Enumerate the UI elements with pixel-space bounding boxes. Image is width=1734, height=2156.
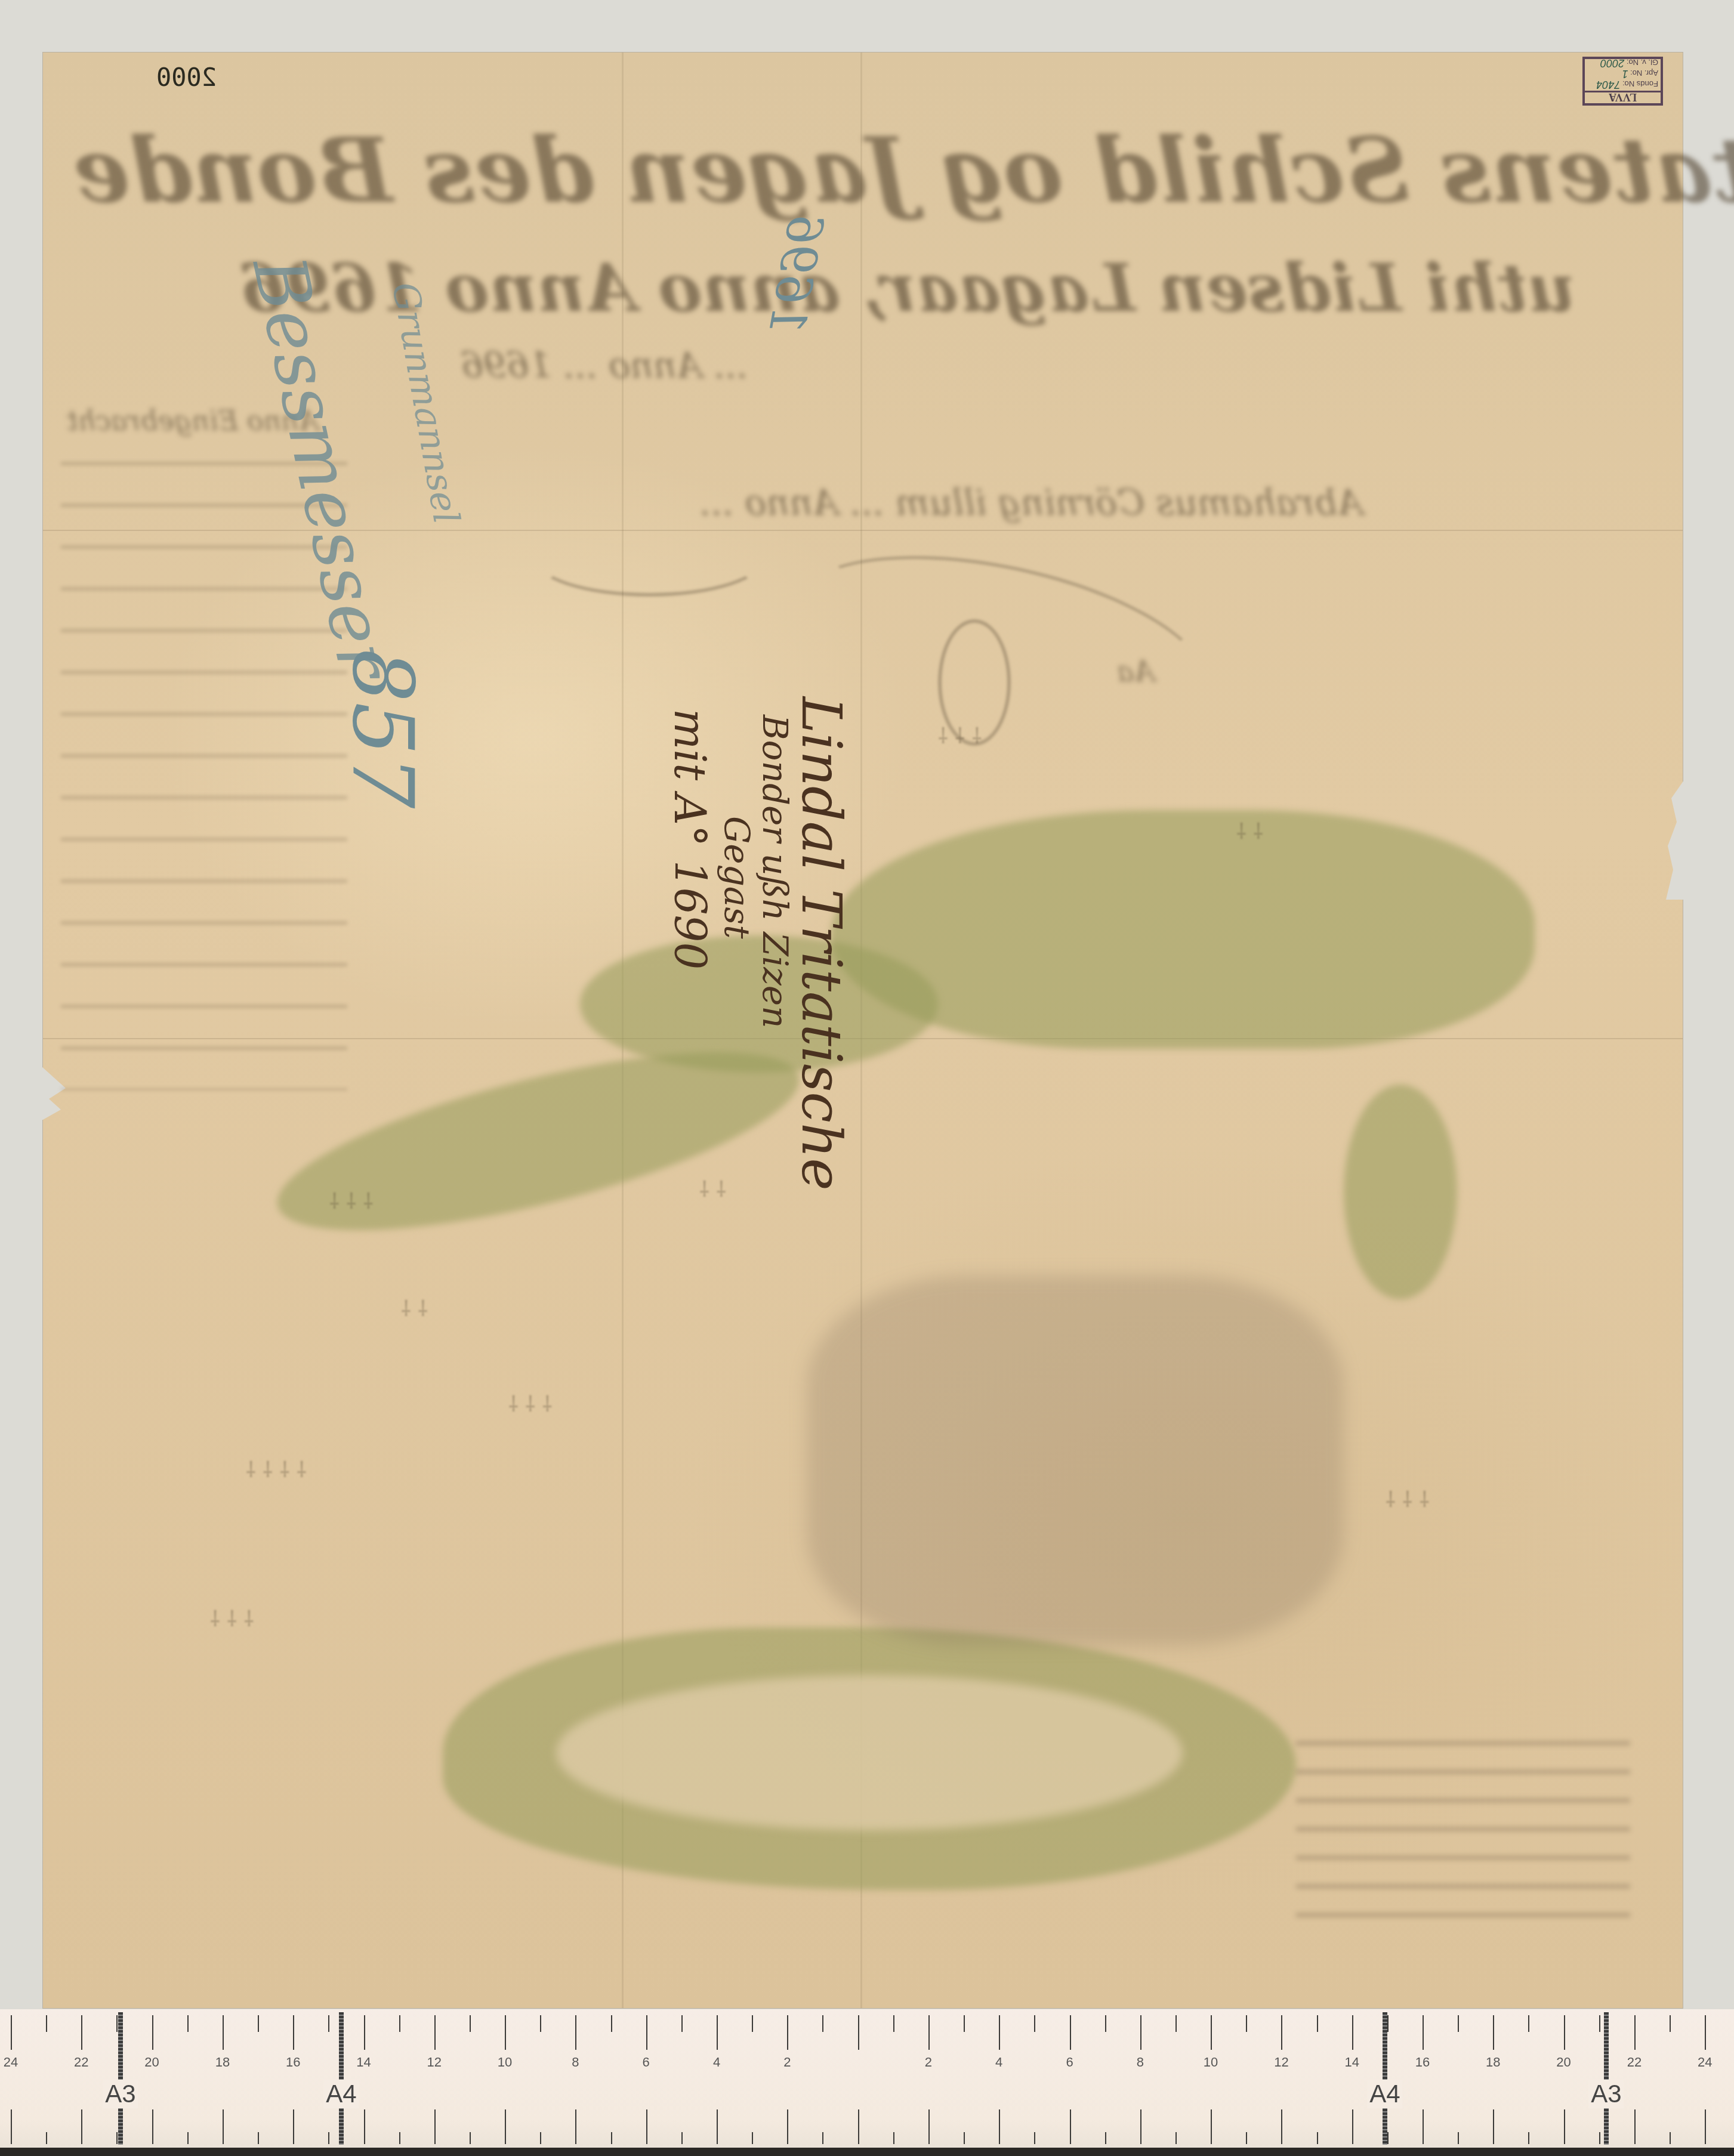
ruler-tick bbox=[999, 2015, 1000, 2050]
ruler-tick bbox=[787, 2109, 788, 2144]
ruler-tick-minor bbox=[893, 2015, 894, 2032]
format-mark-label: A3 bbox=[103, 2080, 138, 2108]
ruler-label: 24 bbox=[4, 2055, 18, 2070]
ruler-tick-minor bbox=[681, 2015, 683, 2032]
ruler-label: 18 bbox=[1486, 2055, 1500, 2070]
ruler-tick-minor bbox=[752, 2015, 753, 2032]
ruler-tick-minor bbox=[1599, 2015, 1600, 2032]
stamp-header: LVVA bbox=[1585, 91, 1661, 102]
ruler-tick bbox=[1634, 2015, 1636, 2050]
ruler-tick bbox=[11, 2109, 12, 2144]
ruler-tick bbox=[1705, 2109, 1706, 2144]
format-mark-bar bbox=[339, 2012, 344, 2145]
ruler-tick-minor bbox=[258, 2015, 259, 2032]
ruler-tick-minor bbox=[540, 2132, 541, 2144]
tree-symbol: ⸸ ⸸ ⸸ bbox=[210, 1604, 254, 1633]
lake-lower-island bbox=[556, 1675, 1183, 1830]
stamp-gl-value: 2000 bbox=[1600, 57, 1624, 69]
cultivated-fields bbox=[807, 1275, 1344, 1645]
ruler-tick bbox=[505, 2109, 506, 2144]
ruler-tick-minor bbox=[540, 2015, 541, 2032]
ruler-label: 4 bbox=[995, 2055, 1002, 2070]
bleed-title-line2: uthi Lidsen Lagaar, anno Anno 1696 bbox=[240, 249, 1575, 326]
ruler-tick-minor bbox=[1105, 2015, 1106, 2032]
ruler-tick bbox=[364, 2015, 365, 2050]
ruler-label: 10 bbox=[498, 2055, 512, 2070]
ruler-tick bbox=[1493, 2015, 1494, 2050]
ruler-tick bbox=[434, 2015, 436, 2050]
stamp-fonds-label: Fonds No: bbox=[1622, 79, 1658, 88]
ruler-tick bbox=[858, 2109, 859, 2144]
catalog-number: 2000 bbox=[156, 63, 217, 92]
format-mark-bar bbox=[1604, 2012, 1609, 2145]
ruler-tick bbox=[575, 2015, 576, 2050]
format-mark-bar bbox=[118, 2012, 123, 2145]
format-mark-bar bbox=[1383, 2012, 1387, 2145]
ruler-tick bbox=[152, 2109, 153, 2144]
tree-symbol: ⸸ ⸸ bbox=[401, 1293, 428, 1323]
ruler-tick bbox=[1705, 2015, 1706, 2050]
ruler-tick bbox=[11, 2015, 12, 2050]
ruler-tick-minor bbox=[1317, 2132, 1318, 2144]
river bbox=[532, 518, 766, 597]
ruler-label: 4 bbox=[713, 2055, 720, 2070]
torn-edge bbox=[1666, 780, 1684, 900]
ruler-tick bbox=[1070, 2015, 1071, 2050]
ruler-label: 6 bbox=[1066, 2055, 1073, 2070]
ruler-tick bbox=[223, 2109, 224, 2144]
scale-ruler: 2422201816141210864224681012141618202224… bbox=[0, 2009, 1734, 2156]
ruler-label: 14 bbox=[356, 2055, 371, 2070]
tree-symbol: ⸸ ⸸ ⸸ bbox=[1386, 1484, 1430, 1513]
ruler-tick bbox=[1423, 2015, 1424, 2050]
ruler-label: 24 bbox=[1698, 2055, 1712, 2070]
bleed-subtitle: ... Anno ... 1696 bbox=[461, 345, 748, 387]
ruler-tick bbox=[1352, 2015, 1353, 2050]
ruler-tick bbox=[434, 2109, 436, 2144]
inscription-line: mit A° 1690 bbox=[662, 709, 718, 1191]
stamp-apr-value: 1 bbox=[1622, 68, 1628, 80]
ruler-tick bbox=[1634, 2109, 1636, 2144]
ruler-tick-minor bbox=[470, 2015, 471, 2032]
ruler-tick-minor bbox=[258, 2132, 259, 2144]
ruler-tick bbox=[81, 2109, 82, 2144]
ruler-tick bbox=[1281, 2015, 1282, 2050]
ruler-tick-minor bbox=[822, 2132, 823, 2144]
ruler-label: 2 bbox=[783, 2055, 791, 2070]
ruler-tick-minor bbox=[681, 2132, 683, 2144]
ruler-label: 22 bbox=[1627, 2055, 1642, 2070]
map-cartouche-inscription: Lindal Tritatische Bonder ußh Zizen Gega… bbox=[662, 697, 849, 1191]
ruler-tick-minor bbox=[964, 2015, 965, 2032]
ruler-tick bbox=[646, 2109, 647, 2144]
ruler-tick bbox=[1564, 2015, 1565, 2050]
ruler-label: 20 bbox=[144, 2055, 159, 2070]
ruler-label: 12 bbox=[1274, 2055, 1288, 2070]
format-mark-label: A4 bbox=[1367, 2080, 1402, 2108]
ruler-tick-minor bbox=[1175, 2132, 1177, 2144]
ruler-tick-minor bbox=[752, 2132, 753, 2144]
ruler-tick-minor bbox=[893, 2132, 894, 2144]
stamp-apr-label: Apr. No: bbox=[1630, 69, 1658, 78]
ruler-tick bbox=[1423, 2109, 1424, 2144]
ruler-tick bbox=[293, 2015, 294, 2050]
ruler-tick-minor bbox=[328, 2015, 329, 2032]
ruler-tick bbox=[505, 2015, 506, 2050]
ruler-tick bbox=[1281, 2109, 1282, 2144]
ruler-tick-minor bbox=[328, 2132, 329, 2144]
ruler-tick-minor bbox=[399, 2015, 400, 2032]
ruler-label: 10 bbox=[1204, 2055, 1218, 2070]
ruler-label: 16 bbox=[1415, 2055, 1430, 2070]
ruler-tick-minor bbox=[1246, 2015, 1247, 2032]
ruler-tick-minor bbox=[1599, 2132, 1600, 2144]
inscription-line: Gegast bbox=[717, 816, 755, 1191]
river-label: Aa bbox=[1117, 655, 1155, 688]
ruler-tick-minor bbox=[1387, 2015, 1389, 2032]
ruler-tick bbox=[928, 2109, 930, 2144]
inscription-line: Bonder ußh Zizen bbox=[755, 715, 794, 1191]
ruler-tick-minor bbox=[964, 2132, 965, 2144]
ruler-tick-minor bbox=[1387, 2132, 1389, 2144]
ruler-tick bbox=[787, 2015, 788, 2050]
ruler-label: 12 bbox=[427, 2055, 442, 2070]
ruler-label: 8 bbox=[1137, 2055, 1144, 2070]
ruler-tick bbox=[858, 2015, 859, 2050]
ruler-tick-minor bbox=[46, 2132, 47, 2144]
ruler-tick-minor bbox=[611, 2015, 612, 2032]
ruler-label: 22 bbox=[74, 2055, 88, 2070]
ruler-tick bbox=[1070, 2109, 1071, 2144]
ruler-tick-minor bbox=[399, 2132, 400, 2144]
bleed-caption: Abrahamus Cörning illum ... Anno ... bbox=[699, 482, 1363, 524]
ruler-tick bbox=[928, 2015, 930, 2050]
ruler-tick-minor bbox=[1528, 2132, 1529, 2144]
format-mark-label: A3 bbox=[1588, 2080, 1624, 2108]
bleed-notes-lower-right bbox=[1296, 1723, 1630, 1920]
tree-symbol: ⸸ ⸸ ⸸ bbox=[508, 1389, 553, 1418]
ruler-tick bbox=[364, 2109, 365, 2144]
inscription-line: Lindal Tritatische bbox=[794, 697, 849, 1191]
ruler-tick bbox=[152, 2015, 153, 2050]
stamp-fonds-value: 7404 bbox=[1596, 79, 1620, 91]
ruler-tick-minor bbox=[1670, 2015, 1671, 2032]
ruler-label: 18 bbox=[215, 2055, 230, 2070]
ruler-tick bbox=[1211, 2109, 1212, 2144]
map-sheet: 2000 Tritatens Schild og Jagen des Bonde… bbox=[43, 52, 1683, 2008]
ruler-tick bbox=[1140, 2109, 1141, 2144]
ruler-tick bbox=[999, 2109, 1000, 2144]
ruler-tick bbox=[646, 2015, 647, 2050]
ruler-tick-minor bbox=[822, 2015, 823, 2032]
ruler-label: 8 bbox=[572, 2055, 579, 2070]
ruler-tick-minor bbox=[1317, 2015, 1318, 2032]
ruler-label: 14 bbox=[1344, 2055, 1359, 2070]
ruler-tick-minor bbox=[611, 2132, 612, 2144]
format-mark-label: A4 bbox=[323, 2080, 359, 2108]
ruler-tick-minor bbox=[1246, 2132, 1247, 2144]
ruler-tick-minor bbox=[46, 2015, 47, 2032]
ruler-tick bbox=[293, 2109, 294, 2144]
ruler-label: 20 bbox=[1556, 2055, 1571, 2070]
tree-symbol: ⸸ ⸸ ⸸ bbox=[329, 1186, 374, 1215]
tree-symbol: ⸸ ⸸ bbox=[1236, 816, 1263, 845]
ruler-label: 6 bbox=[643, 2055, 650, 2070]
ruler-tick bbox=[1211, 2015, 1212, 2050]
ruler-tick-minor bbox=[1458, 2015, 1459, 2032]
ruler-tick-minor bbox=[1458, 2132, 1459, 2144]
tree-symbol: ⸸ ⸸ ⸸ ⸸ bbox=[246, 1454, 307, 1484]
ruler-tick bbox=[1493, 2109, 1494, 2144]
stamp-gl-label: Gl. v. No: bbox=[1627, 58, 1658, 67]
ruler-tick-minor bbox=[1175, 2015, 1177, 2032]
ruler-tick bbox=[1564, 2109, 1565, 2144]
ruler-tick bbox=[1352, 2109, 1353, 2144]
archive-stamp: LVVA Fonds No: 7404 Apr. No: 1 Gl. v. No… bbox=[1582, 57, 1663, 106]
bleed-title-line1: Tritatens Schild og Jagen des Bonde bbox=[73, 118, 1734, 223]
ruler-tick bbox=[717, 2109, 718, 2144]
ruler-tick-minor bbox=[1034, 2132, 1035, 2144]
tree-symbol: ⸸ ⸸ ⸸ bbox=[938, 721, 982, 750]
ruler-tick-minor bbox=[470, 2132, 471, 2144]
ruler-tick-minor bbox=[187, 2132, 189, 2144]
ruler-tick-minor bbox=[1528, 2015, 1529, 2032]
ruler-tick-minor bbox=[1105, 2132, 1106, 2144]
ruler-tick-minor bbox=[1670, 2132, 1671, 2144]
ruler-tick-minor bbox=[1034, 2015, 1035, 2032]
ruler-tick bbox=[223, 2015, 224, 2050]
ruler-tick bbox=[1140, 2015, 1141, 2050]
ruler-tick bbox=[717, 2015, 718, 2050]
ruler-tick-minor bbox=[187, 2015, 189, 2032]
ruler-tick bbox=[81, 2015, 82, 2050]
lake-east bbox=[1344, 1085, 1457, 1299]
ruler-label: 2 bbox=[925, 2055, 932, 2070]
ruler-tick bbox=[575, 2109, 576, 2144]
ruler-label: 16 bbox=[286, 2055, 300, 2070]
